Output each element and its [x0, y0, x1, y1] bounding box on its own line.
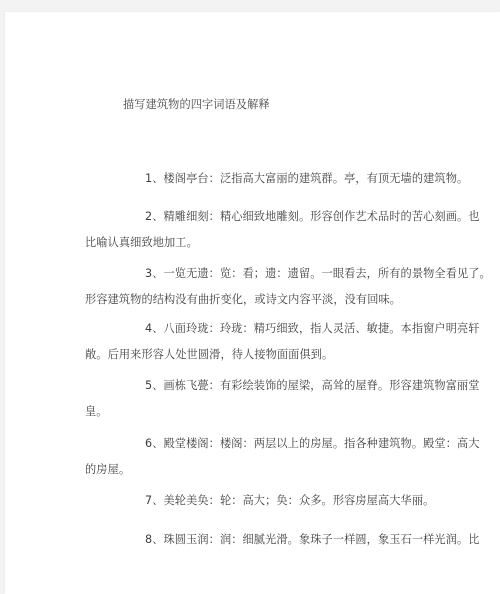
entry-6-line-2: 的房屋。 [85, 461, 130, 477]
entry-7-line-1: 7、美轮美奂：轮：高大；奂：众多。形容房屋高大华丽。 [145, 492, 434, 508]
entry-2-line-2: 比喻认真细致地加工。 [85, 234, 198, 250]
entry-3-line-2: 形容建筑物的结构没有曲折变化，或诗文内容平淡，没有回味。 [85, 291, 401, 307]
entry-5-line-2: 皇。 [85, 403, 108, 419]
entry-2-line-1: 2、精雕细刻：精心细致地雕刻。形容创作艺术品时的苦心刻画。也 [145, 208, 480, 224]
entry-6-line-1: 6、殿堂楼阁：楼阁：两层以上的房屋。指各种建筑物。殿堂：高大 [145, 435, 480, 451]
entry-3-line-1: 3、一览无遗：览：看；遗：遗留。一眼看去，所有的景物全看见了。 [145, 265, 491, 281]
entry-4-line-2: 敞。后用来形容人处世圆滑，待人接物面面俱到。 [85, 346, 333, 362]
entry-1-line-1: 1、楼阁亭台：泛指高大富丽的建筑群。亭，有顶无墙的建筑物。 [145, 170, 468, 186]
entry-8-line-1: 8、珠圆玉润：润：细腻光滑。象珠子一样圆，象玉石一样光润。比 [145, 531, 480, 547]
document-page: 描写建筑物的四字词语及解释 1、楼阁亭台：泛指高大富丽的建筑群。亭，有顶无墙的建… [5, 12, 500, 594]
entry-5-line-1: 5、画栋飞甍：有彩绘装饰的屋梁，高耸的屋脊。形容建筑物富丽堂 [145, 377, 480, 393]
entry-4-line-1: 4、八面玲珑：玲珑：精巧细致，指人灵活、敏捷。本指窗户明亮轩 [145, 320, 480, 336]
document-title: 描写建筑物的四字词语及解释 [123, 96, 270, 112]
